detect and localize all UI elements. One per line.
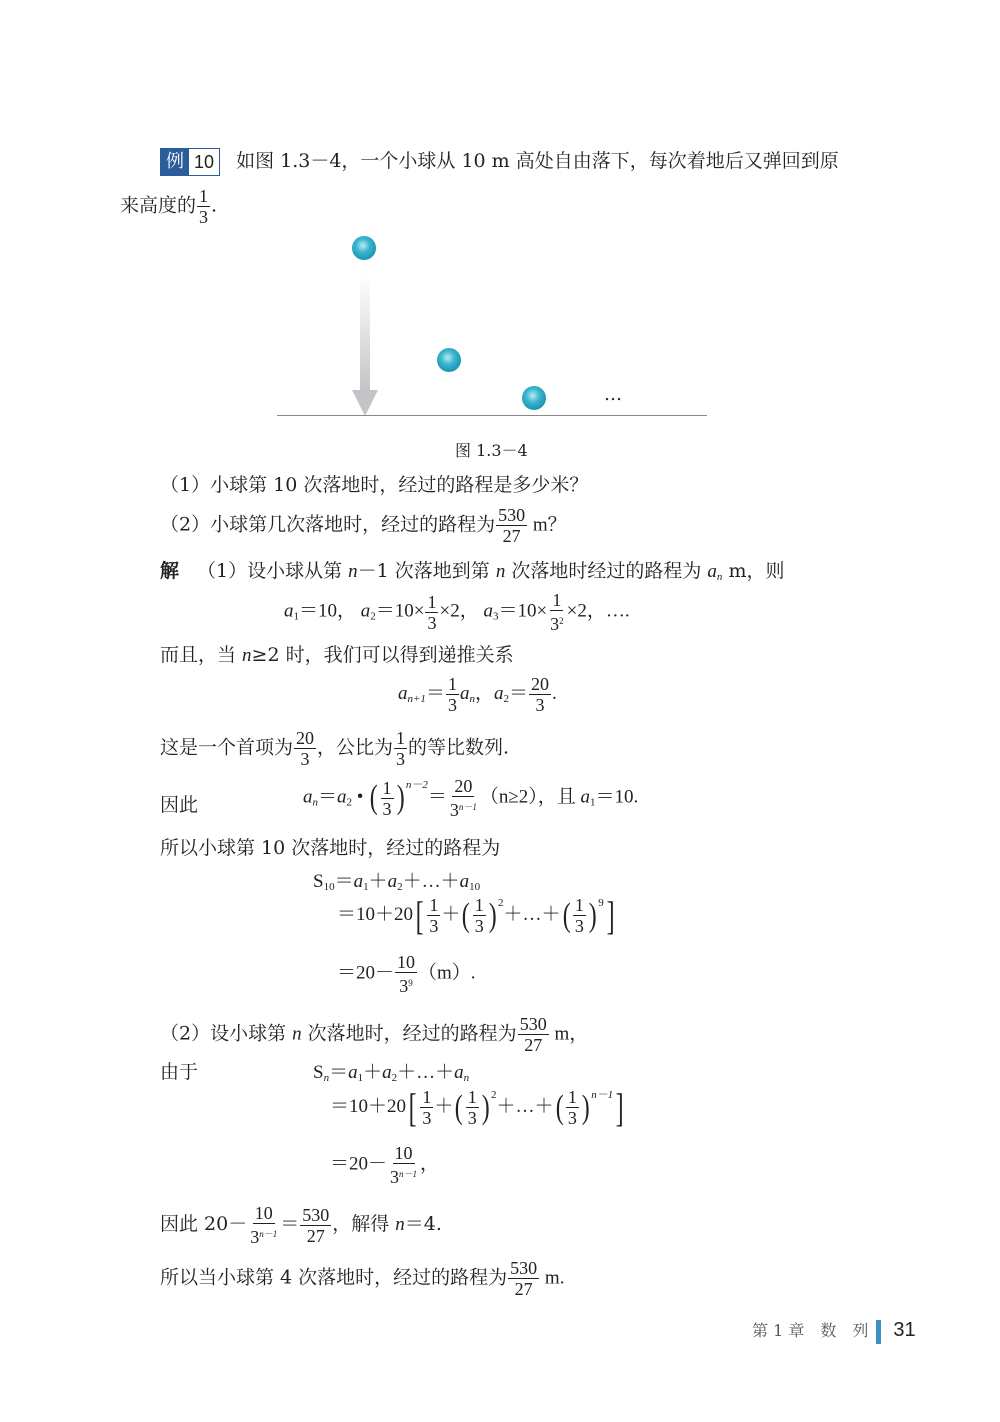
fraction: 103n－1 (248, 1203, 279, 1247)
den: 3 (533, 695, 546, 715)
num: 10 (253, 1203, 275, 1224)
paren: ) (396, 781, 404, 815)
den: 3 (566, 1108, 579, 1128)
ball-icon (352, 236, 376, 260)
den: 3 (420, 1108, 433, 1128)
text: ＝10. (596, 786, 639, 807)
text: ＋…＋ (504, 904, 561, 925)
paren: ( (370, 781, 378, 815)
fraction: 203 (529, 674, 551, 715)
fraction: 13 (473, 895, 486, 936)
footer-accent-bar (876, 1320, 881, 1344)
sum-s10-line2: ＝10＋20[13＋(13)2＋…＋(13)9] (337, 895, 617, 936)
text: ＋…＋ (403, 871, 460, 892)
den: 3 (466, 1108, 479, 1128)
var: a (398, 683, 408, 704)
var: a (382, 1062, 392, 1083)
num: 1 (381, 778, 394, 799)
var: a (337, 786, 347, 807)
den-base: 3 (450, 800, 459, 820)
den: 3n－1 (248, 1224, 279, 1247)
text: ＝10× (498, 600, 547, 621)
den: 3 (473, 916, 486, 936)
den-pow: n－1 (399, 1169, 417, 1179)
var: a (284, 600, 294, 621)
paren: ( (555, 1091, 563, 1125)
fraction: 13 (420, 1087, 433, 1128)
den: 27 (305, 1226, 327, 1246)
final-answer: 所以当小球第 4 次落地时，经过的路程为53027 m. (160, 1258, 564, 1299)
exponent: n－2 (406, 779, 428, 791)
question-2: （2）小球第几次落地时，经过的路程为53027 m？ (160, 505, 567, 546)
text: （2）设小球第 (160, 1023, 292, 1045)
since-label: 由于 (160, 1057, 198, 1084)
den: 3 (197, 207, 210, 227)
num: 1 (446, 674, 459, 695)
num: 530 (496, 505, 527, 526)
text: ， (420, 1153, 439, 1174)
num: 530 (508, 1258, 539, 1279)
fraction: 1039 (395, 952, 417, 996)
paren: ( (455, 1091, 463, 1125)
den: 3 (573, 916, 586, 936)
var: n (496, 561, 506, 582)
example-text-line1: 如图 1.3－4，一个小球从 10 m 高处自由落下，每次着地后又弹回到原 (236, 150, 839, 172)
num: 10 (393, 1143, 415, 1164)
text: ×2， (439, 600, 478, 621)
text: ＋ (363, 1062, 382, 1083)
text: ＋…＋ (497, 1096, 554, 1117)
text: m？ (528, 515, 567, 536)
bracket: ] (606, 896, 614, 936)
fraction: 132 (548, 590, 566, 634)
text: m，则 (722, 560, 784, 582)
num: 1 (427, 895, 440, 916)
var: a (460, 871, 470, 892)
var: a (361, 600, 371, 621)
text: • (352, 786, 368, 807)
bracket: [ (416, 896, 424, 936)
figure-caption: 图 1.3－4 (455, 438, 528, 461)
var: S (313, 1062, 324, 1083)
var: a (581, 786, 591, 807)
text: 次落地时，经过的路程为 (302, 1023, 517, 1045)
den-base: 3 (250, 1227, 259, 1247)
ellipsis: … (604, 384, 622, 405)
var: S (313, 871, 324, 892)
bracket: ] (616, 1088, 624, 1128)
text: ＝ (335, 871, 354, 892)
exponent: 2 (491, 1089, 497, 1101)
den: 3 (381, 799, 394, 819)
text: （2）小球第几次落地时，经过的路程为 (160, 514, 495, 536)
text: ＝ (509, 683, 528, 704)
paren: ) (488, 899, 496, 933)
text: （n≥2），且 (480, 786, 581, 807)
num: 530 (300, 1205, 331, 1226)
text: ， (475, 683, 494, 704)
var: n (395, 1214, 405, 1235)
paren: ) (582, 1091, 590, 1125)
text: ＝10＋20 (337, 904, 413, 925)
text: 次落地时经过的路程为 (505, 560, 707, 582)
text: 因此 20－ (160, 1213, 247, 1235)
ball-icon (437, 348, 461, 372)
num: 20 (294, 728, 316, 749)
ground-line (277, 415, 707, 416)
page-footer: 第 1 章 数 列31 (752, 1318, 916, 1344)
var: a (483, 600, 493, 621)
text: ＝20－ (330, 1153, 387, 1174)
text: 的等比数列. (408, 737, 509, 759)
fraction: 13 (466, 1087, 479, 1128)
num: 1 (473, 895, 486, 916)
var: a (354, 871, 364, 892)
fraction: 13 (425, 592, 438, 633)
fraction: 13 (381, 778, 394, 819)
recurrence-intro: 而且，当 n≥2 时，我们可以得到递推关系 (160, 640, 514, 667)
exponent: 9 (598, 897, 604, 909)
den: 27 (513, 1279, 535, 1299)
den: 27 (501, 526, 523, 546)
var: n (242, 645, 252, 666)
num: 1 (466, 1087, 479, 1108)
var: a (348, 1062, 358, 1083)
sum-s10-line3: ＝20－1039（m）. (337, 952, 476, 996)
fraction: 13 (573, 895, 586, 936)
den-pow: n－1 (259, 1229, 277, 1239)
fraction: 13 (394, 728, 407, 769)
den: 27 (522, 1035, 544, 1055)
text: 所以当小球第 4 次落地时，经过的路程为 (160, 1267, 507, 1289)
den: 3 (427, 916, 440, 936)
sub: n (464, 1072, 470, 1084)
den: 32 (548, 611, 566, 634)
page-number: 31 (893, 1319, 915, 1341)
num: 530 (518, 1014, 549, 1035)
equation-terms: a1＝10， a2＝10×13×2， a3＝10×132×2，…. (284, 590, 630, 634)
num: 20 (452, 776, 474, 797)
sub: 10 (324, 881, 335, 893)
den: 3 (446, 695, 459, 715)
text: ＝4. (405, 1213, 442, 1235)
general-term-equation: an＝a2 • (13)n－2＝203n－1（n≥2），且 a1＝10. (303, 776, 638, 820)
den: 3 (299, 749, 312, 769)
fraction: 53027 (518, 1014, 549, 1055)
text: m. (540, 1268, 564, 1289)
var: a (454, 1062, 464, 1083)
var: a (388, 871, 398, 892)
num: 1 (197, 186, 210, 207)
text: ＝ (428, 786, 447, 807)
num: 1 (566, 1087, 579, 1108)
text: ＋…＋ (397, 1062, 454, 1083)
num: 10 (395, 952, 417, 973)
num: 1 (420, 1087, 433, 1108)
den: 3n－1 (388, 1164, 419, 1187)
text: ＋ (369, 871, 388, 892)
num: 1 (550, 590, 563, 611)
text: ＝10， (299, 600, 356, 621)
text: ＝10＋20 (330, 1096, 406, 1117)
den-base: 3 (390, 1167, 399, 1187)
down-arrow-icon (350, 276, 380, 418)
exponent: 2 (498, 897, 504, 909)
den: 39 (397, 973, 415, 996)
exponent: n－1 (591, 1089, 613, 1101)
text: 来高度的 (120, 195, 196, 217)
num: 20 (529, 674, 551, 695)
sequence-description: 这是一个首项为203，公比为13的等比数列. (160, 728, 509, 769)
sum-s10-line1: S10＝a1＋a2＋…＋a10 (313, 866, 480, 893)
recurrence-equation: an+1＝13an，a2＝203. (398, 674, 557, 715)
paren: ) (481, 1091, 489, 1125)
text: ，解得 (332, 1213, 395, 1235)
text: . (552, 683, 557, 704)
fraction: 13 (427, 895, 440, 936)
sum-sn-line3: ＝20－103n－1， (330, 1143, 439, 1187)
sum-sn-line1: Sn＝a1＋a2＋…＋an (313, 1057, 469, 1084)
chapter-title: 第 1 章 数 列 (752, 1321, 868, 1340)
den: 3 (425, 613, 438, 633)
fraction: 13 (197, 186, 210, 227)
den-pow: n－1 (459, 802, 477, 812)
text: ＝ (329, 1062, 348, 1083)
var: a (303, 786, 313, 807)
fraction: 13 (446, 674, 459, 715)
example-text-line2: 来高度的13. (120, 186, 217, 227)
fraction: 53027 (508, 1258, 539, 1299)
ball-icon (522, 386, 546, 410)
example-header: 例 10 如图 1.3－4，一个小球从 10 m 高处自由落下，每次着地后又弹回… (160, 146, 839, 176)
text: （1）设小球从第 (197, 560, 348, 582)
text: ＝ (280, 1213, 299, 1235)
therefore-label: 因此 (160, 790, 198, 817)
paren: ( (462, 899, 470, 933)
text: ＝ (426, 683, 445, 704)
text: ，公比为 (317, 737, 393, 759)
den-pow: 2 (559, 616, 564, 626)
example-tag-label: 例 (161, 149, 189, 175)
bracket: [ (409, 1088, 417, 1128)
solve-equation: 因此 20－103n－1＝53027，解得 n＝4. (160, 1203, 442, 1247)
fraction: 53027 (496, 505, 527, 546)
question-1: （1）小球第 10 次落地时，经过的路程是多少米？ (160, 470, 588, 497)
solution-label: 解 (160, 560, 179, 582)
num: 1 (573, 895, 586, 916)
fraction: 103n－1 (388, 1143, 419, 1187)
den: 3n－1 (448, 797, 479, 820)
text: 这是一个首项为 (160, 737, 293, 759)
text: . (211, 195, 217, 217)
text: 而且，当 (160, 644, 242, 666)
sum-intro: 所以小球第 10 次落地时，经过的路程为 (160, 833, 500, 860)
text: （m）. (418, 962, 476, 983)
sub: 10 (469, 881, 480, 893)
fraction: 203 (294, 728, 316, 769)
fraction: 203n－1 (448, 776, 479, 820)
text: ＝10× (376, 600, 425, 621)
den: 3 (394, 749, 407, 769)
den-base: 3 (550, 614, 559, 634)
paren: ) (589, 899, 597, 933)
den-base: 3 (399, 976, 408, 996)
text: ＝ (318, 786, 337, 807)
solution-intro: 解（1）设小球从第 n－1 次落地到第 n 次落地时经过的路程为 an m，则 (160, 556, 784, 583)
fraction: 53027 (300, 1205, 331, 1246)
var: n (292, 1024, 302, 1045)
var: a (707, 561, 717, 582)
num: 1 (394, 728, 407, 749)
part2-intro: （2）设小球第 n 次落地时，经过的路程为53027 m， (160, 1014, 588, 1055)
example-tag: 例 10 (160, 148, 220, 176)
num: 1 (425, 592, 438, 613)
var: n (348, 561, 358, 582)
paren: ( (562, 899, 570, 933)
example-tag-number: 10 (189, 149, 219, 175)
text: ＝20－ (337, 962, 394, 983)
sum-sn-line2: ＝10＋20[13＋(13)2＋…＋(13)n－1] (330, 1087, 627, 1128)
text: －1 次落地到第 (358, 560, 496, 582)
sub: n+1 (408, 693, 426, 705)
text: ×2，…. (567, 600, 630, 621)
den-pow: 9 (408, 978, 413, 988)
text: m， (550, 1024, 589, 1045)
text: ≥2 时，我们可以得到递推关系 (252, 644, 514, 666)
fraction: 13 (566, 1087, 579, 1128)
